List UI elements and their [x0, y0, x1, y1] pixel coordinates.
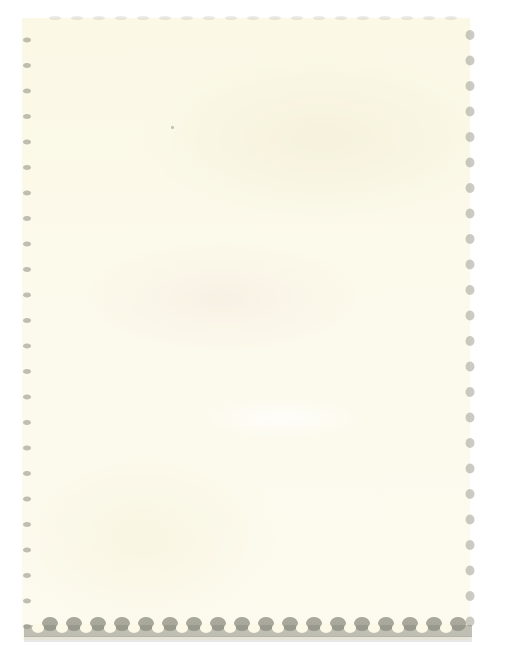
- scene: [0, 0, 512, 658]
- stamp-back: [22, 18, 470, 640]
- paper-speck: [171, 126, 174, 129]
